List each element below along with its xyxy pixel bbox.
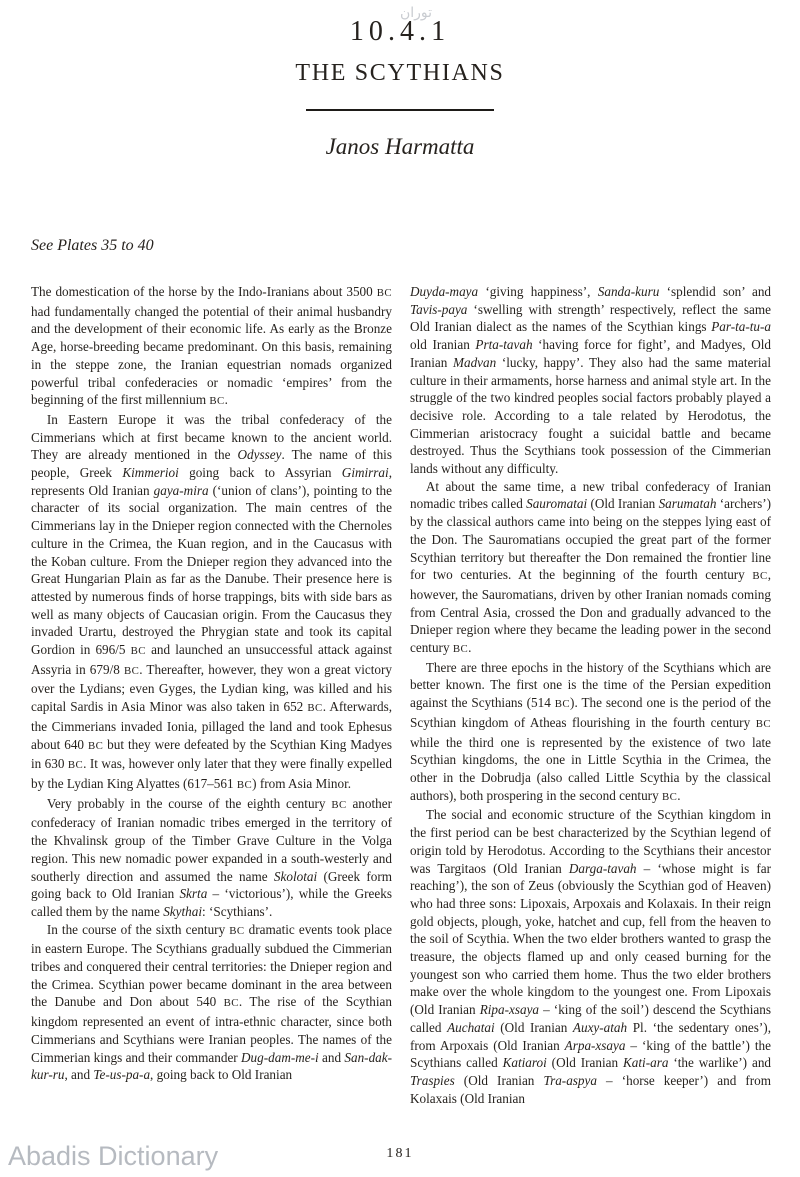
paragraph: The domestication of the horse by the In… xyxy=(31,283,392,411)
paragraph: There are three epochs in the history of… xyxy=(410,659,771,807)
paragraph: The social and economic structure of the… xyxy=(410,806,771,1107)
book-page: توران 10.4.1 THE SCYTHIANS Janos Harmatt… xyxy=(0,0,800,1177)
text-columns: The domestication of the horse by the In… xyxy=(31,283,771,1107)
paragraph: In the course of the sixth century BC dr… xyxy=(31,921,392,1084)
paragraph: At about the same time, a new tribal con… xyxy=(410,478,771,659)
section-number: 10.4.1 xyxy=(0,16,800,48)
author-name: Janos Harmatta xyxy=(0,134,800,160)
plates-note: See Plates 35 to 40 xyxy=(31,237,154,255)
divider-rule xyxy=(306,109,494,111)
left-column: The domestication of the horse by the In… xyxy=(31,283,392,1107)
paragraph: Very probably in the course of the eight… xyxy=(31,795,392,921)
paragraph: In Eastern Europe it was the tribal conf… xyxy=(31,411,392,795)
chapter-title: THE SCYTHIANS xyxy=(0,60,800,87)
paragraph: Duyda-maya ‘giving happiness’, Sanda-kur… xyxy=(410,283,771,478)
watermark-abadis: Abadis Dictionary xyxy=(8,1141,218,1172)
right-column: Duyda-maya ‘giving happiness’, Sanda-kur… xyxy=(410,283,771,1107)
